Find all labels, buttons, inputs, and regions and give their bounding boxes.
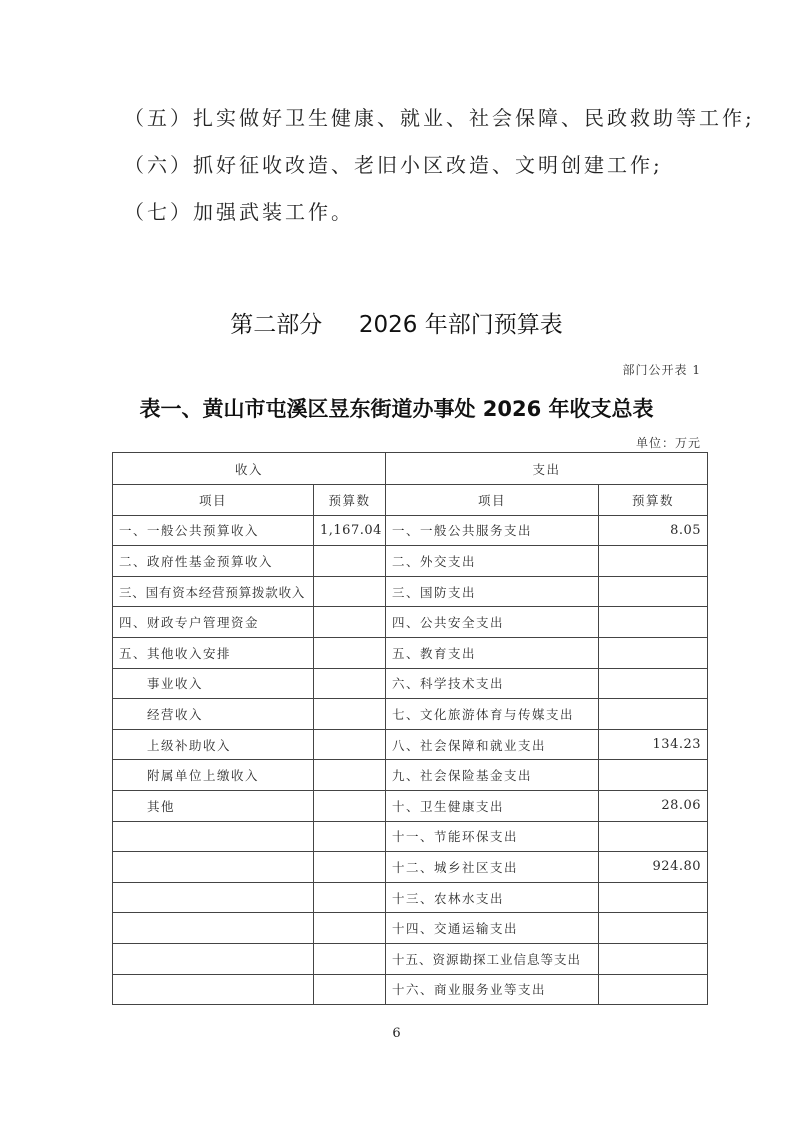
expense-item: 二、外交支出 (386, 546, 599, 577)
table-row: 五、其他收入安排 五、教育支出 (113, 637, 708, 668)
table-row: 上级补助收入 八、社会保障和就业支出 134.23 (113, 729, 708, 760)
expense-item: 十六、商业服务业等支出 (386, 974, 599, 1005)
expense-amount (599, 974, 708, 1005)
income-amount (314, 699, 386, 730)
income-item (113, 821, 314, 852)
paragraph-item-7: （七）加强武装工作。 (124, 199, 354, 225)
expense-amount-header: 预算数 (599, 485, 708, 516)
table-row: 附属单位上缴收入 九、社会保险基金支出 (113, 760, 708, 791)
table-row: 十四、交通运输支出 (113, 913, 708, 944)
table-row: 经营收入 七、文化旅游体育与传媒支出 (113, 699, 708, 730)
income-amount-header: 预算数 (314, 485, 386, 516)
table-row: 四、财政专户管理资金 四、公共安全支出 (113, 607, 708, 638)
income-amount (314, 668, 386, 699)
expense-item: 十一、节能环保支出 (386, 821, 599, 852)
income-item: 五、其他收入安排 (113, 637, 314, 668)
income-item: 上级补助收入 (113, 729, 314, 760)
income-item: 事业收入 (113, 668, 314, 699)
table-row: 十二、城乡社区支出 924.80 (113, 852, 708, 883)
income-amount (314, 607, 386, 638)
expense-amount (599, 760, 708, 791)
table-row: 十一、节能环保支出 (113, 821, 708, 852)
expense-amount (599, 607, 708, 638)
income-item (113, 913, 314, 944)
expense-amount (599, 821, 708, 852)
expense-amount: 8.05 (599, 515, 708, 546)
expense-item: 十三、农林水支出 (386, 882, 599, 913)
income-item: 四、财政专户管理资金 (113, 607, 314, 638)
income-item (113, 943, 314, 974)
income-amount (314, 729, 386, 760)
income-amount (314, 913, 386, 944)
table-row: 二、政府性基金预算收入 二、外交支出 (113, 546, 708, 577)
expense-item: 十二、城乡社区支出 (386, 852, 599, 883)
income-amount (314, 821, 386, 852)
paragraph-item-5: （五）扎实做好卫生健康、就业、社会保障、民政救助等工作; (124, 105, 755, 131)
income-amount (314, 882, 386, 913)
expense-amount (599, 576, 708, 607)
income-amount (314, 576, 386, 607)
unit-label: 单位：万元 (636, 434, 701, 451)
income-item-header: 项目 (113, 485, 314, 516)
income-amount (314, 637, 386, 668)
table-row: 事业收入 六、科学技术支出 (113, 668, 708, 699)
income-item: 二、政府性基金预算收入 (113, 546, 314, 577)
group-header-row: 收入 支出 (113, 453, 708, 485)
expense-item: 八、社会保障和就业支出 (386, 729, 599, 760)
income-item: 附属单位上缴收入 (113, 760, 314, 791)
page-number: 6 (0, 1026, 793, 1041)
income-item (113, 852, 314, 883)
income-amount: 1,167.04 (314, 515, 386, 546)
income-item: 经营收入 (113, 699, 314, 730)
expense-item: 三、国防支出 (386, 576, 599, 607)
expense-amount (599, 913, 708, 944)
expense-item: 七、文化旅游体育与传媒支出 (386, 699, 599, 730)
expense-amount (599, 882, 708, 913)
income-amount (314, 974, 386, 1005)
paragraph-item-6: （六）抓好征收改造、老旧小区改造、文明创建工作; (124, 152, 663, 178)
expense-item: 十五、资源勘探工业信息等支出 (386, 943, 599, 974)
table-row: 三、国有资本经营预算拨款收入 三、国防支出 (113, 576, 708, 607)
table-title: 表一、黄山市屯溪区昱东街道办事处 2026 年收支总表 (0, 394, 793, 424)
expense-item: 五、教育支出 (386, 637, 599, 668)
table-row: 十六、商业服务业等支出 (113, 974, 708, 1005)
income-amount (314, 852, 386, 883)
expense-item: 一、一般公共服务支出 (386, 515, 599, 546)
expense-item-header: 项目 (386, 485, 599, 516)
expense-item: 六、科学技术支出 (386, 668, 599, 699)
income-item (113, 974, 314, 1005)
expense-amount (599, 637, 708, 668)
income-group-header: 收入 (113, 453, 386, 485)
section-title: 第二部分 2026 年部门预算表 (0, 309, 793, 341)
budget-summary-table: 收入 支出 项目 预算数 项目 预算数 一、一般公共预算收入 1,167.04 … (112, 452, 708, 1005)
income-amount (314, 546, 386, 577)
expense-item: 十、卫生健康支出 (386, 790, 599, 821)
income-item: 一、一般公共预算收入 (113, 515, 314, 546)
expense-amount: 134.23 (599, 729, 708, 760)
income-amount (314, 943, 386, 974)
expenditure-group-header: 支出 (386, 453, 708, 485)
table-row: 一、一般公共预算收入 1,167.04 一、一般公共服务支出 8.05 (113, 515, 708, 546)
table-code: 部门公开表 1 (623, 361, 701, 378)
expense-amount: 28.06 (599, 790, 708, 821)
expense-amount (599, 668, 708, 699)
expense-amount (599, 546, 708, 577)
income-item (113, 882, 314, 913)
expense-item: 九、社会保险基金支出 (386, 760, 599, 791)
table-row: 其他 十、卫生健康支出 28.06 (113, 790, 708, 821)
table-row: 十五、资源勘探工业信息等支出 (113, 943, 708, 974)
expense-amount (599, 699, 708, 730)
expense-amount (599, 943, 708, 974)
income-item: 三、国有资本经营预算拨款收入 (113, 576, 314, 607)
income-amount (314, 790, 386, 821)
income-item: 其他 (113, 790, 314, 821)
income-amount (314, 760, 386, 791)
table-row: 十三、农林水支出 (113, 882, 708, 913)
expense-item: 四、公共安全支出 (386, 607, 599, 638)
expense-amount: 924.80 (599, 852, 708, 883)
column-header-row: 项目 预算数 项目 预算数 (113, 485, 708, 516)
expense-item: 十四、交通运输支出 (386, 913, 599, 944)
